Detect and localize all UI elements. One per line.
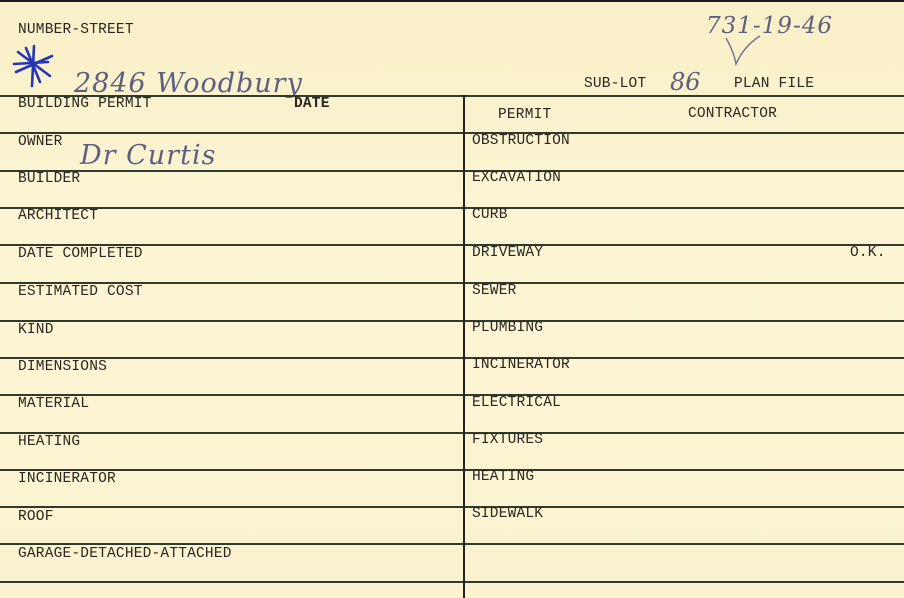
kind-label: KIND — [18, 323, 54, 338]
driveway-contractor-status: O.K. — [850, 246, 886, 261]
sub-lot-value: 86 — [670, 70, 701, 94]
dimensions-label: DIMENSIONS — [18, 360, 107, 375]
estimated-cost-label: ESTIMATED COST — [18, 285, 143, 300]
rule-line — [0, 357, 904, 359]
permit-sidewalk: SIDEWALK — [472, 507, 543, 522]
rule-line — [0, 581, 904, 583]
rule-line — [0, 207, 904, 209]
owner-label: OWNER — [18, 135, 63, 150]
material-label: MATERIAL — [18, 397, 89, 412]
permit-electrical: ELECTRICAL — [472, 396, 561, 411]
rule-line — [0, 432, 904, 434]
address-handwritten: 2846 Woodbury — [74, 70, 303, 97]
asterisk-mark-icon — [12, 42, 56, 90]
rule-line — [0, 543, 904, 545]
plan-file-label: PLAN FILE — [734, 77, 814, 92]
rule-line — [0, 394, 904, 396]
roof-label: ROOF — [18, 510, 54, 525]
date-completed-label: DATE COMPLETED — [18, 247, 143, 262]
contractor-column-header: CONTRACTOR — [688, 107, 777, 122]
building-permit-card: NUMBER-STREET 2846 Woodbury 731-19-46 SU… — [0, 0, 904, 598]
permit-excavation: EXCAVATION — [472, 171, 561, 186]
rule-line — [0, 469, 904, 471]
heating-label: HEATING — [18, 435, 80, 450]
permit-incinerator: INCINERATOR — [472, 358, 570, 373]
building-permit-label: BUILDING PERMIT — [18, 97, 152, 112]
permit-obstruction: OBSTRUCTION — [472, 134, 570, 149]
rule-line — [0, 320, 904, 322]
permit-curb: CURB — [472, 208, 508, 223]
permit-column-header: PERMIT — [498, 108, 551, 123]
checkmark-icon — [720, 32, 770, 68]
rule-line — [0, 132, 904, 134]
garage-label: GARAGE-DETACHED-ATTACHED — [18, 547, 232, 562]
architect-label: ARCHITECT — [18, 209, 98, 224]
number-street-label: NUMBER-STREET — [18, 23, 134, 38]
owner-value: Dr Curtis — [80, 142, 216, 169]
builder-label: BUILDER — [18, 172, 80, 187]
column-divider — [463, 95, 465, 598]
date-label: DATE — [294, 97, 330, 112]
permit-fixtures: FIXTURES — [472, 433, 543, 448]
incinerator-label: INCINERATOR — [18, 472, 116, 487]
permit-heating: HEATING — [472, 470, 534, 485]
sub-lot-label: SUB-LOT — [584, 77, 646, 92]
permit-plumbing: PLUMBING — [472, 321, 543, 336]
permit-driveway: DRIVEWAY — [472, 246, 543, 261]
rule-line — [0, 506, 904, 508]
permit-sewer: SEWER — [472, 284, 517, 299]
